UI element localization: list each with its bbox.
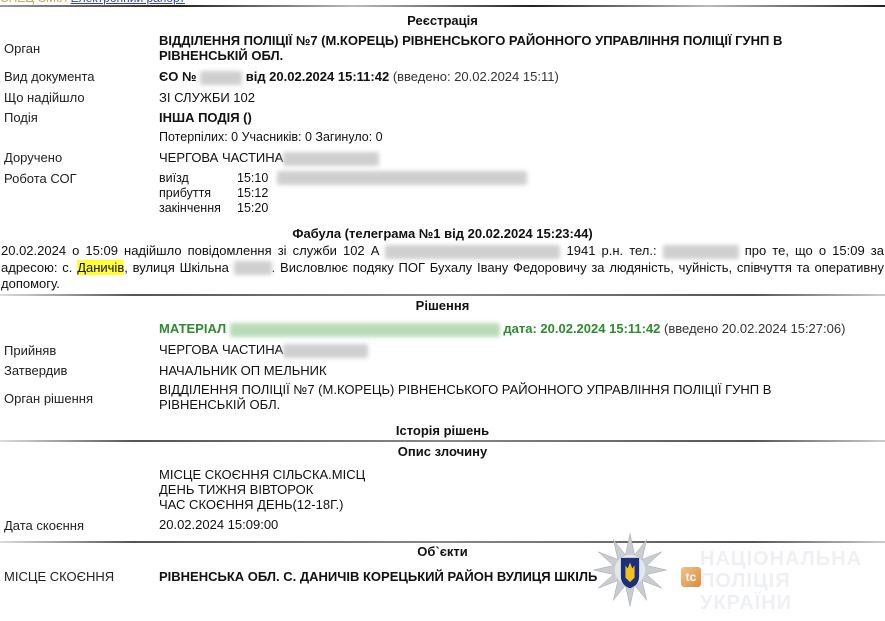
decision-organ-label: Орган рішення bbox=[4, 391, 93, 406]
watermark-line: ПОЛІЦІЯ УКРАЇНИ bbox=[700, 570, 885, 614]
fabula-part: 1941 р.н. тел.: bbox=[567, 243, 657, 258]
sog-row-arrival: прибуття 15:12 bbox=[159, 186, 527, 201]
material-date: дата: 20.02.2024 15:11:42 bbox=[503, 321, 660, 336]
section-title-history: Історія рішень bbox=[0, 423, 885, 438]
approved-value: НАЧАЛЬНИК ОП МЕЛЬНИК bbox=[159, 363, 327, 378]
assigned-text: ЧЕРГОВА ЧАСТИНА bbox=[159, 150, 283, 165]
section-title-crime: Опис злочину bbox=[0, 444, 885, 459]
crime-line: ЧАС СКОЄННЯ ДЕНЬ(12-18Г.) bbox=[159, 497, 365, 512]
top-breadcrumb-bar: СПЕЦ СМІЛ Електронний рапорт bbox=[0, 0, 885, 8]
decision-organ-value: ВІДДІЛЕННЯ ПОЛІЦІЇ №7 (М.КОРЕЦЬ) РІВНЕНС… bbox=[159, 382, 819, 412]
redacted-house bbox=[234, 261, 272, 275]
place-label: МІСЦЕ СКОЄННЯ bbox=[4, 569, 114, 584]
fabula-part: , вулиця Шкільна bbox=[124, 260, 229, 275]
doc-entered: (введено: 20.02.2024 15:11) bbox=[393, 69, 559, 84]
redacted-material bbox=[230, 323, 500, 337]
sog-label: Робота СОГ bbox=[4, 171, 77, 186]
assigned-value: ЧЕРГОВА ЧАСТИНА bbox=[159, 150, 379, 166]
section-title-decision: Рішення bbox=[0, 298, 885, 313]
watermark-text: НАЦІОНАЛЬНА ПОЛІЦІЯ УКРАЇНИ bbox=[700, 548, 885, 614]
sog-row-finish: закінчення 15:20 bbox=[159, 201, 527, 216]
section-title-registration: Реєстрація bbox=[0, 13, 885, 28]
doc-type-label: Вид документа bbox=[4, 69, 95, 84]
fabula-text: 20.02.2024 о 15:09 надійшло повідомлення… bbox=[1, 243, 884, 293]
doc-prefix: ЄО № bbox=[159, 69, 196, 84]
crime-date-label: Дата скоєння bbox=[4, 518, 84, 533]
redacted-doc-number bbox=[200, 71, 242, 85]
place-value: РІВНЕНСЬКА ОБЛ. С. ДАНИЧІВ КОРЕЦЬКИЙ РАЙ… bbox=[159, 569, 597, 584]
sog-key: закінчення bbox=[159, 201, 237, 216]
sog-time: 15:12 bbox=[237, 186, 277, 201]
divider bbox=[0, 440, 885, 442]
event-value: ІНША ПОДІЯ () bbox=[159, 110, 252, 125]
doc-date: від 20.02.2024 15:11:42 bbox=[246, 69, 389, 84]
crime-line: ДЕНЬ ТИЖНЯ ВІВТОРОК bbox=[159, 482, 365, 497]
material-line: МАТЕРІАЛ дата: 20.02.2024 15:11:42 (введ… bbox=[159, 321, 845, 337]
casualties: Потерпілих: 0 Учасників: 0 Загинуло: 0 bbox=[159, 130, 383, 145]
top-divider bbox=[0, 5, 885, 7]
organ-value: ВІДДІЛЕННЯ ПОЛІЦІЇ №7 (М.КОРЕЦЬ) РІВНЕНС… bbox=[159, 33, 819, 63]
redacted-phone bbox=[663, 245, 739, 259]
sog-key: прибуття bbox=[159, 186, 237, 201]
assigned-label: Доручено bbox=[4, 150, 62, 165]
section-title-fabula: Фабула (телеграма №1 від 20.02.2024 15:2… bbox=[0, 226, 885, 241]
badge-icon: tc bbox=[681, 567, 701, 587]
arrived-label: Що надійшло bbox=[4, 90, 85, 105]
sog-time: 15:10 bbox=[237, 171, 277, 186]
material-label: МАТЕРІАЛ bbox=[159, 321, 226, 336]
redacted-sog-officers bbox=[277, 171, 527, 185]
crime-date-value: 20.02.2024 15:09:00 bbox=[159, 517, 278, 532]
divider bbox=[0, 294, 885, 296]
redacted-name bbox=[385, 245, 560, 259]
sog-key: виїзд bbox=[159, 171, 237, 186]
event-label: Подія bbox=[4, 110, 38, 125]
doc-type-value: ЄО № від 20.02.2024 15:11:42 (введено: 2… bbox=[159, 69, 559, 85]
organ-label: Орган bbox=[4, 41, 40, 56]
sog-time: 15:20 bbox=[237, 201, 277, 216]
approved-label: Затвердив bbox=[4, 363, 67, 378]
accepted-value: ЧЕРГОВА ЧАСТИНА bbox=[159, 342, 368, 358]
watermark-line: НАЦІОНАЛЬНА bbox=[700, 548, 885, 570]
sog-times: виїзд 15:10 прибуття 15:12 закінчення 15… bbox=[159, 171, 527, 216]
police-star-emblem-icon bbox=[592, 532, 668, 608]
fabula-part: 20.02.2024 о 15:09 надійшло повідомлення… bbox=[1, 243, 379, 258]
arrived-value: ЗІ СЛУЖБИ 102 bbox=[159, 90, 255, 105]
highlighted-village: Даничів bbox=[77, 260, 124, 275]
accepted-text: ЧЕРГОВА ЧАСТИНА bbox=[159, 342, 283, 357]
material-entered: (введено 20.02.2024 15:27:06) bbox=[664, 321, 845, 336]
divider bbox=[0, 541, 885, 543]
accepted-label: Прийняв bbox=[4, 343, 56, 358]
sog-row-departure: виїзд 15:10 bbox=[159, 171, 527, 186]
redacted-accepted bbox=[283, 344, 368, 358]
redacted-assigned bbox=[283, 152, 379, 166]
crime-line: МІСЦЕ СКОЄННЯ СІЛЬСКА.МІСЦ bbox=[159, 467, 365, 482]
crime-description: МІСЦЕ СКОЄННЯ СІЛЬСКА.МІСЦ ДЕНЬ ТИЖНЯ ВІ… bbox=[159, 467, 365, 512]
